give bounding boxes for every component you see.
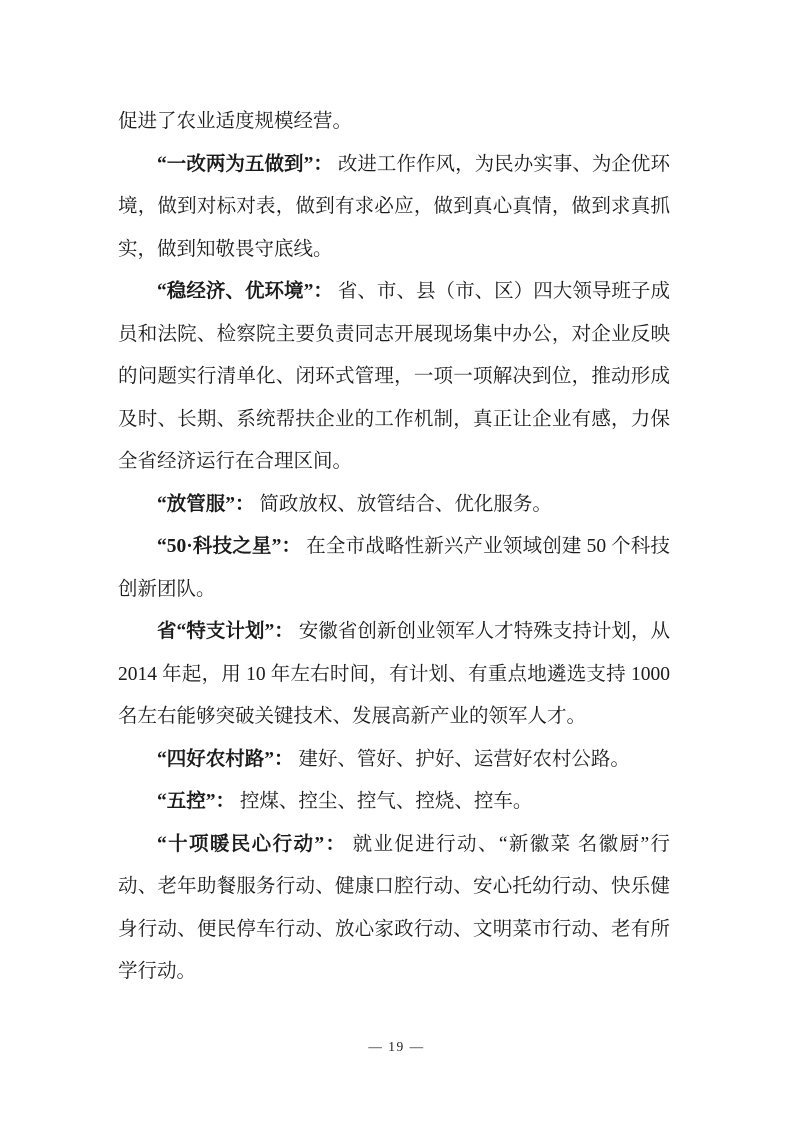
paragraph-text: 促进了农业适度规模经营。 (118, 111, 352, 132)
paragraph-list: 促进了农业适度规模经营。 “一改两为五做到”： 改进工作作风，为民办实事、为企优… (118, 101, 670, 994)
paragraph-text: 控煤、控尘、控气、控烧、控车。 (240, 791, 533, 812)
paragraph: 促进了农业适度规模经营。 (118, 101, 670, 144)
paragraph-text: 建好、管好、护好、运营好农村公路。 (298, 749, 630, 770)
term-label: “十项暖民心行动”： (157, 834, 353, 855)
term-label: “四好农村路”： (157, 749, 298, 770)
term-label: “50·科技之星”： (157, 536, 306, 557)
page-footer: — 19 — (0, 1038, 793, 1056)
paragraph: “稳经济、优环境”： 省、市、县（市、区）四大领导班子成员和法院、检察院主要负责… (118, 271, 670, 484)
page-number: — 19 — (368, 1039, 424, 1054)
paragraph: 省“特支计划”： 安徽省创新创业领军人才特殊支持计划，从 2014 年起，用 1… (118, 611, 670, 739)
term-label: “五控”： (157, 791, 240, 812)
paragraph-text: 就业促进行动、“新徽菜 名徽厨”行动、老年助餐服务行动、健康口腔行动、安心托幼行… (118, 834, 670, 983)
term-label: “放管服”： (157, 494, 259, 515)
document-page: 促进了农业适度规模经营。 “一改两为五做到”： 改进工作作风，为民办实事、为企优… (0, 0, 793, 1122)
paragraph: “50·科技之星”： 在全市战略性新兴产业领域创建 50 个科技创新团队。 (118, 526, 670, 611)
paragraph-text: 省、市、县（市、区）四大领导班子成员和法院、检察院主要负责同志开展现场集中办公，… (118, 281, 670, 472)
paragraph: “四好农村路”： 建好、管好、护好、运营好农村公路。 (118, 739, 670, 782)
term-label: “一改两为五做到”： (157, 154, 338, 175)
document-body: 促进了农业适度规模经营。 “一改两为五做到”： 改进工作作风，为民办实事、为企优… (118, 101, 670, 994)
paragraph: “五控”： 控煤、控尘、控气、控烧、控车。 (118, 781, 670, 824)
term-label: 省“特支计划”： (157, 621, 299, 642)
paragraph: “放管服”： 简政放权、放管结合、优化服务。 (118, 484, 670, 527)
term-label: “稳经济、优环境”： (157, 281, 338, 302)
paragraph: “十项暖民心行动”： 就业促进行动、“新徽菜 名徽厨”行动、老年助餐服务行动、健… (118, 824, 670, 994)
paragraph-text: 简政放权、放管结合、优化服务。 (259, 494, 552, 515)
paragraph: “一改两为五做到”： 改进工作作风，为民办实事、为企优环境，做到对标对表，做到有… (118, 144, 670, 272)
